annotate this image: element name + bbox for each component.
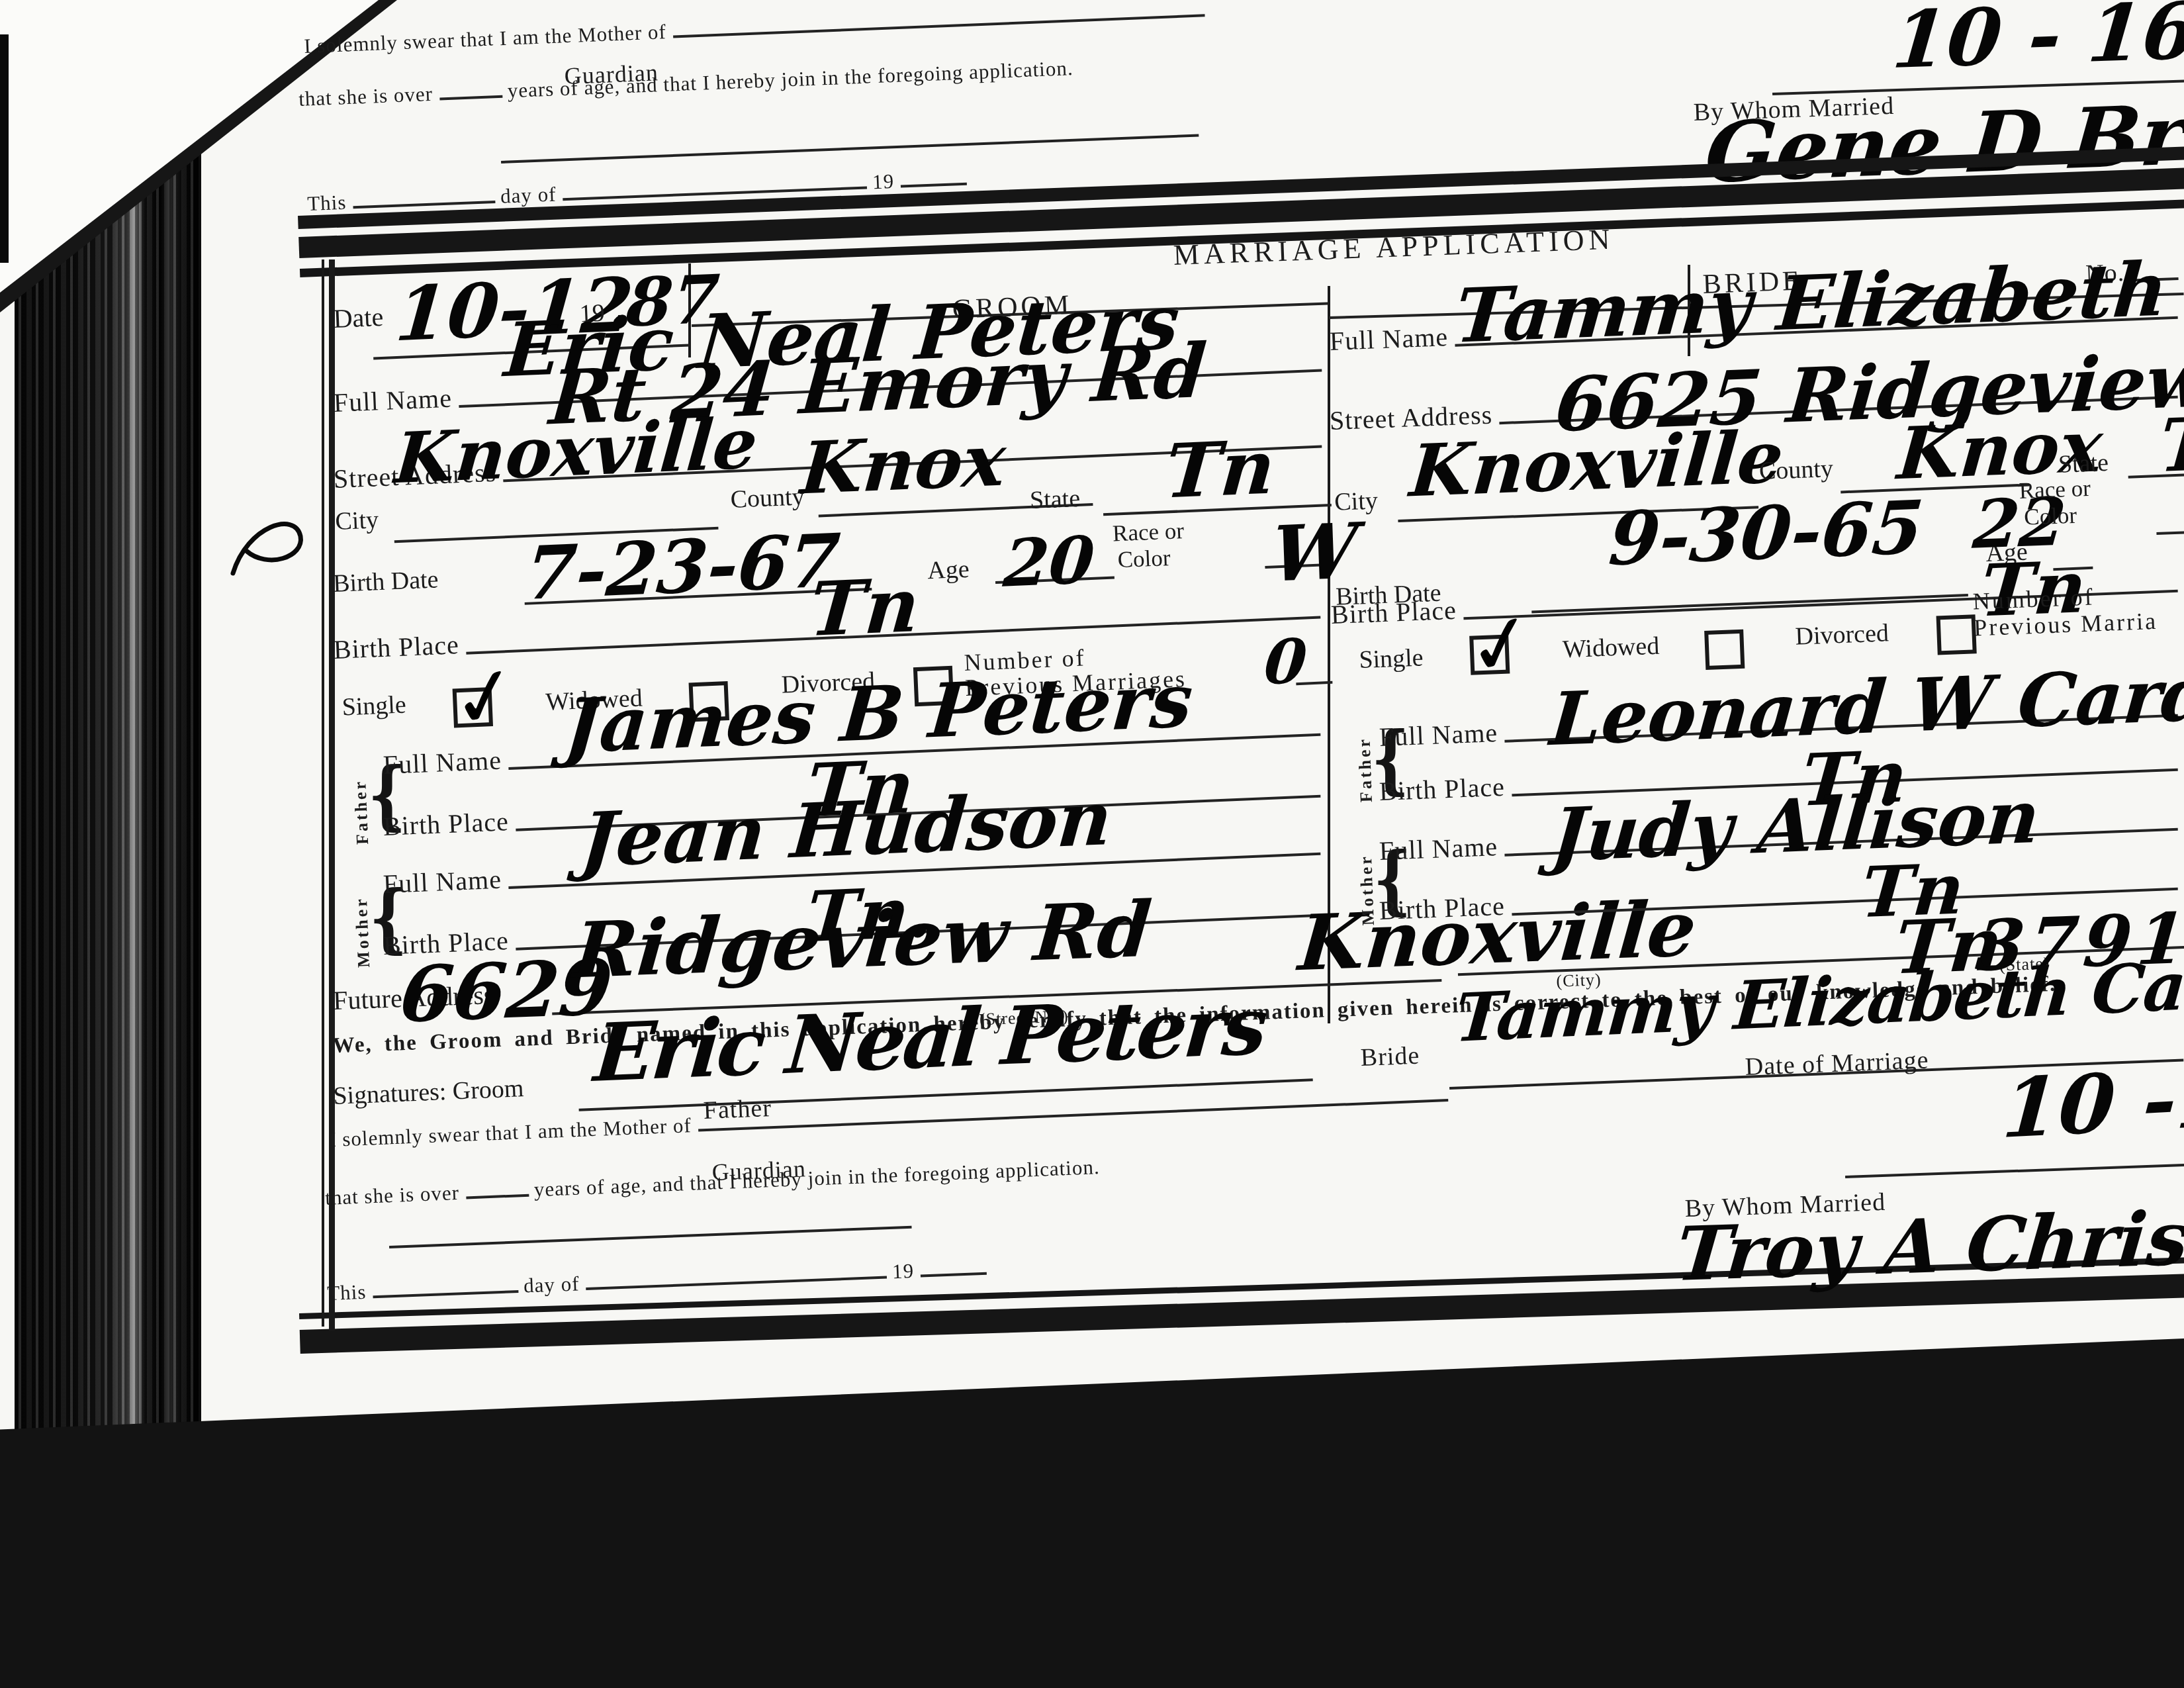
future-address-street-value: Ridgeview Rd	[571, 891, 1154, 989]
groom-age-value: 20	[1001, 528, 1097, 597]
bride-county-label: County	[1758, 454, 1834, 486]
groom-single-checkmark: ✓	[445, 651, 526, 743]
bride-mother-fullname-label: Full Name	[1379, 831, 1498, 867]
scanner-black-region	[0, 1324, 2184, 1688]
scanned-marriage-application: I solemnly swear that I am the Mother of…	[0, 0, 2184, 1688]
groom-state-value: Tn	[1163, 430, 1278, 509]
groom-race-label-2: Color	[1113, 544, 1185, 574]
bride-fullname-value: Tammy Elizabeth Car	[1453, 246, 2184, 354]
bride-race-label-2: Color	[2020, 502, 2092, 531]
groom-birthplace-label: Birth Place	[333, 629, 460, 665]
lower-this-line3	[921, 1272, 987, 1278]
groom-birthplace-value: Tn	[807, 569, 922, 647]
groom-fullname-label: Full Name	[333, 383, 453, 418]
groom-mother-fullname-label: Full Name	[383, 864, 502, 900]
bride-state-label: State	[2058, 448, 2109, 479]
groom-race-label-stack: Race or Color	[1112, 518, 1185, 574]
signatures-groom-label: Signatures: Groom	[333, 1074, 525, 1111]
top-this-line3	[901, 183, 967, 188]
bride-divorced-checkbox	[1936, 614, 1977, 655]
scan-edge-sliver	[0, 34, 9, 263]
bride-race-label-stack: Race or Color	[2019, 475, 2092, 532]
bride-single-label: Single	[1359, 643, 1424, 675]
bride-father-birthplace-label: Birth Place	[1379, 771, 1506, 807]
groom-city-label: City	[335, 505, 379, 536]
bride-birthdate-value: 9-30-65	[1606, 491, 1926, 576]
top-blank-line	[501, 134, 1199, 164]
bride-mother-birthplace-label: Birth Place	[1379, 890, 1506, 926]
groom-county-label: County	[730, 482, 805, 514]
bride-race-line	[2156, 531, 2184, 535]
bride-fullname-label: Full Name	[1329, 321, 1449, 357]
bride-birthplace-label: Birth Place	[1330, 594, 1457, 630]
lower-this-label: This	[327, 1280, 367, 1305]
groom-father-fullname-label: Full Name	[383, 745, 502, 780]
bride-father-fullname-label: Full Name	[1379, 717, 1498, 753]
bride-divorced-label: Divorced	[1795, 618, 1889, 651]
form-left-border-outer	[322, 259, 324, 1327]
groom-signature-value: Eric Neal Peters	[592, 986, 1267, 1094]
bride-city-label: City	[1334, 486, 1378, 516]
groom-county-value: Knox	[798, 424, 1008, 504]
groom-race-label-1: Race or	[1112, 518, 1184, 547]
bride-single-checkmark: ✓	[1461, 599, 1541, 690]
groom-single-label: Single	[341, 690, 407, 722]
top-age-line	[439, 95, 502, 101]
top-age-row: that she is over years of age, and that …	[298, 56, 1074, 111]
date-of-marriage-value: 10 -16	[2000, 1053, 2184, 1149]
lower-blank-line	[389, 1226, 912, 1248]
groom-prevmarriages-line	[1296, 681, 1332, 685]
bride-race-label-1: Race or	[2019, 475, 2091, 504]
top-19-label: 19	[872, 169, 894, 194]
groom-state-label: State	[1029, 484, 1081, 515]
groom-father-birthplace-label: Birth Place	[383, 806, 510, 842]
top-this-line1	[353, 201, 496, 209]
bride-mother-birthplace-value: Tn	[1859, 854, 1967, 927]
bride-mother-fullname-row: Full Name Judy Allison	[1379, 804, 2183, 867]
form-left-border-inner	[329, 259, 335, 1331]
date-of-marriage-line	[1845, 1164, 2184, 1178]
lower-19-label: 19	[891, 1259, 914, 1284]
top-swear-line	[673, 14, 1205, 38]
date-of-marriage-label: Date of Marriage	[1745, 1045, 1929, 1082]
top-dayof-label: day of	[500, 183, 557, 209]
groom-birthdate-label: Birth Date	[332, 565, 439, 598]
bride-mother-fullname-value: Judy Allison	[1549, 780, 2043, 872]
groom-mother-fullname-value: Jean Hudson	[578, 782, 1115, 878]
top-age-pre: that she is over	[298, 82, 433, 111]
lower-this-line1	[373, 1290, 519, 1298]
top-swear-row: I solemnly swear that I am the Mother of	[304, 0, 1210, 58]
pen-squiggle	[224, 508, 336, 588]
groom-age-label: Age	[927, 555, 970, 586]
bottom-officiant-value: Troy A Christoph	[1673, 1196, 2184, 1292]
lower-age-pre: that she is over	[325, 1181, 460, 1210]
bride-widowed-checkbox	[1704, 630, 1745, 670]
lower-age-line	[466, 1194, 529, 1199]
top-date-value: 10 - 16	[1889, 0, 2184, 79]
top-this-label: This	[307, 191, 347, 216]
groom-city-value: Knoxville	[392, 408, 760, 493]
date-label: Date	[333, 301, 384, 334]
bride-widowed-label: Widowed	[1562, 632, 1660, 665]
bride-sig-label: Bride	[1360, 1041, 1420, 1072]
groom-birthdate-value: 7-23-67	[523, 524, 842, 610]
lower-dayof-label: day of	[523, 1272, 580, 1297]
lower-age-post: years of age, and that I hereby join in …	[533, 1155, 1100, 1201]
lower-this-line2	[586, 1276, 887, 1290]
